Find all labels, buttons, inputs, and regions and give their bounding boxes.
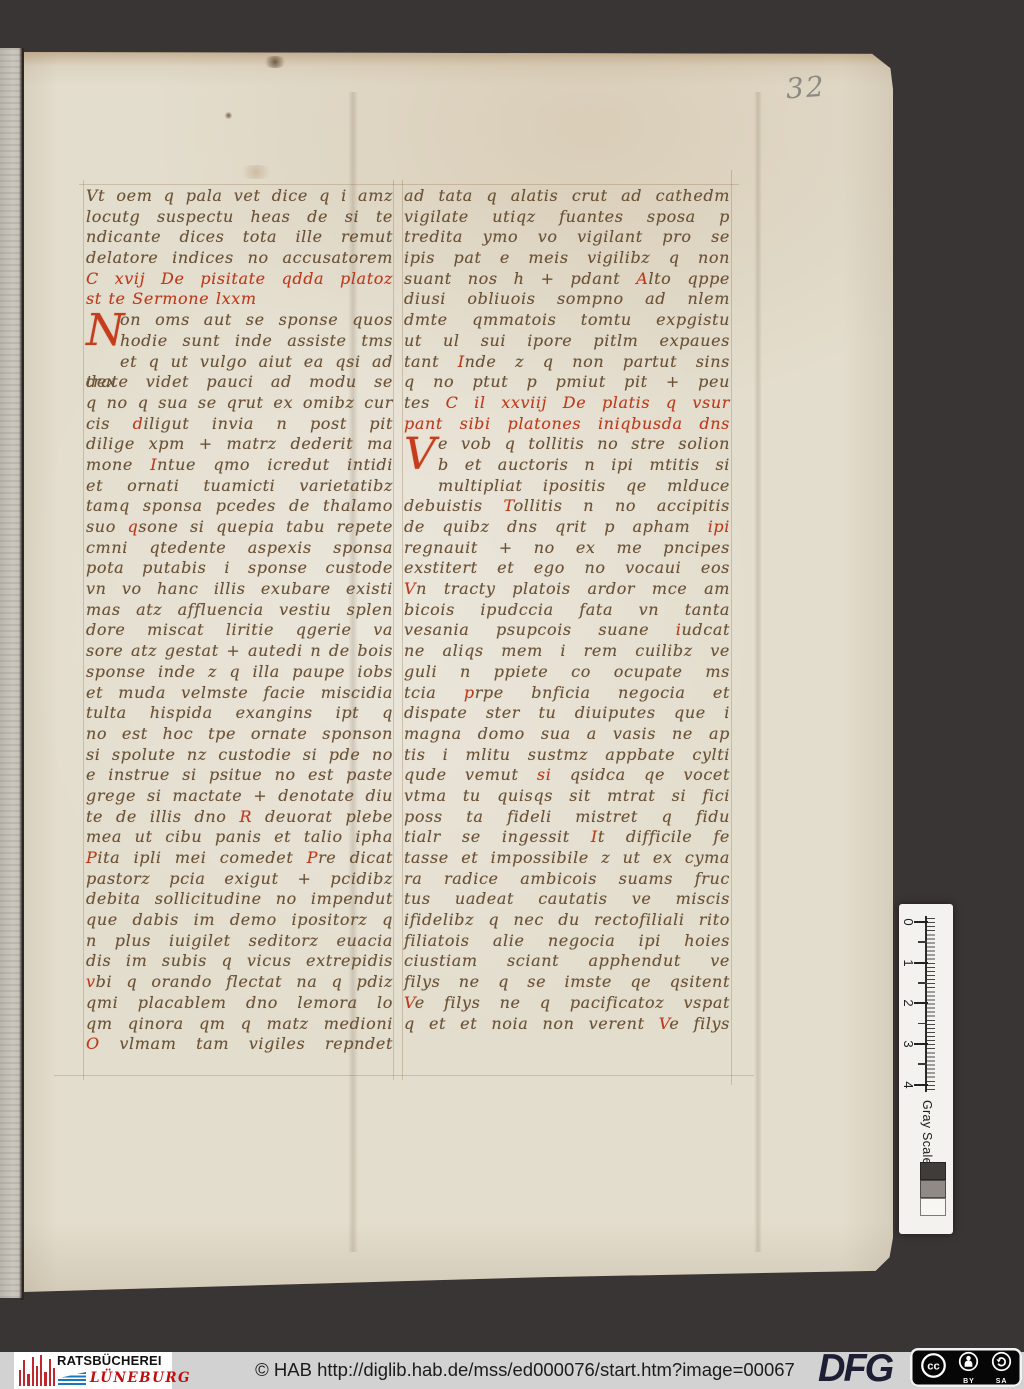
manuscript-line: Vt oem q pala vet dice q i amz <box>86 186 393 207</box>
manuscript-line: tamq sponsa pcedes de thalamo <box>86 496 393 517</box>
manuscript-line: de quibz dns qrit p apham ipi <box>404 517 730 538</box>
manuscript-line: magna domo sua a vasis ne ap <box>404 724 730 745</box>
copyright-link[interactable]: © HAB http://diglib.hab.de/mss/ed000076/… <box>237 1357 813 1383</box>
manuscript-line: mea ut cibu panis et talio ipha <box>86 827 393 848</box>
manuscript-line: ne aliqs mem i rem cuilibz ve <box>404 641 730 662</box>
grayscale-swatch <box>920 1198 946 1216</box>
manuscript-line: ipis pat e meis vigilibz q non <box>404 248 730 269</box>
manuscript-line: si spolute nz custodie si pde no <box>86 745 393 766</box>
manuscript-line: O vlmam tam vigiles repndet <box>86 1034 393 1055</box>
manuscript-line: Ve filys ne q pacificatoz vspat <box>404 993 730 1014</box>
manuscript-line: tredita ymo vo vigilant pro se <box>404 227 730 248</box>
manuscript-line: exstitert et ego no vocaui eos <box>404 558 730 579</box>
manuscript-right-column: ad tata q alatis crut ad cathedmvigilate… <box>404 186 730 1034</box>
manuscript-line: grege si mactate + denotate diu <box>86 786 393 807</box>
grayscale-card: 01234 Gray Scale <box>899 904 953 1234</box>
stain-spot <box>262 56 288 68</box>
rubricated-initial: N <box>86 312 116 352</box>
manuscript-line: cmni qtedente aspexis sponsa <box>86 538 393 559</box>
stain-spot <box>236 165 276 179</box>
grayscale-label: Gray Scale <box>921 1100 933 1165</box>
manuscript-line: q no q sua se qrut ex omibz cur <box>86 393 393 414</box>
svg-text:cc: cc <box>927 1360 940 1372</box>
manuscript-line: guli n ppiete co ocupate ms <box>404 662 730 683</box>
manuscript-line: dore miscat liritie qgerie va <box>86 620 393 641</box>
page-crease-right <box>754 92 762 1252</box>
manuscript-line: n plus iuigilet seditorz euacia <box>86 931 393 952</box>
manuscript-line: sponse inde z q illa paupe iobs <box>86 662 393 683</box>
library-name: RATSBÜCHEREI <box>57 1354 162 1368</box>
manuscript-line: dis im subis q vicus extrepidis <box>86 951 393 972</box>
manuscript-line: trate videt pauci ad modu se <box>86 372 393 393</box>
manuscript-line: diusi obliuois sompno ad nlem <box>404 289 730 310</box>
manuscript-line: Ve vob q tollitis no stre solion <box>404 434 730 455</box>
scan-background: 32 Vt oem q pala vet dice q i amzlocutg … <box>0 0 1024 1389</box>
manuscript-line: qmi placablem dno lemora lo <box>86 993 393 1014</box>
manuscript-line: suo qsone si quepia tabu repete <box>86 517 393 538</box>
ruler-number: 0 <box>901 915 915 929</box>
manuscript-line: hodie sunt inde assiste tms <box>86 331 393 352</box>
library-city: LÜNEBURG <box>90 1370 191 1386</box>
manuscript-line: dilige xpm + matrz dederit ma <box>86 434 393 455</box>
rubricated-initial: V <box>404 436 434 476</box>
ruler-number: 1 <box>901 956 915 970</box>
ruling-line-col2-left <box>402 180 403 1080</box>
manuscript-line: ndicante dices tota ille remut <box>86 227 393 248</box>
manuscript-line: et muda velmste facie miscidia <box>86 683 393 704</box>
manuscript-line: delatore indices no accusatorem <box>86 248 393 269</box>
manuscript-line: ut ul sui ipore pitlm expaues <box>404 331 730 352</box>
manuscript-line: debuistis Tollitis n no accipitis <box>404 496 730 517</box>
manuscript-line: ciustiam sciant apphendut ve <box>404 951 730 972</box>
cc-by-label: BY <box>963 1378 975 1385</box>
ruling-line-left <box>83 180 84 1080</box>
manuscript-line: locutg suspectu heas de si te <box>86 207 393 228</box>
grayscale-swatch <box>920 1180 946 1198</box>
manuscript-line: bicois ipudccia fata vn tanta <box>404 600 730 621</box>
manuscript-line: Pita ipli mei comedet Pre dicat <box>86 848 393 869</box>
manuscript-line: filys ne q se imste qe qsitent <box>404 972 730 993</box>
cc-license-badge[interactable]: cc BY <box>910 1348 1022 1387</box>
manuscript-line: cis diligut invia n post pit <box>86 414 393 435</box>
library-bars-icon <box>19 1355 55 1386</box>
ruler-number: 4 <box>901 1078 915 1092</box>
manuscript-line: vigilate utiqz fuantes sposa p <box>404 207 730 228</box>
manuscript-line: multipliat ipositis qe mlduce <box>404 476 730 497</box>
manuscript-line: pant sibi platones iniqbusda dns <box>404 414 730 435</box>
manuscript-line: no est hoc tpe ornate sponson <box>86 724 393 745</box>
manuscript-line: mas atz affluencia vestiu splen <box>86 600 393 621</box>
manuscript-line: regnauit + no ex me pncipes <box>404 538 730 559</box>
manuscript-line: vbi q orando flectat na q pdiz <box>86 972 393 993</box>
manuscript-line: filiatois alie negocia ipi hoies <box>404 931 730 952</box>
manuscript-page: 32 Vt oem q pala vet dice q i amzlocutg … <box>24 52 893 1292</box>
cc-by-person-icon <box>958 1351 979 1377</box>
ruling-line-col1-right <box>393 180 394 1080</box>
manuscript-line: suant nos h + pdant Alto qppe <box>404 269 730 290</box>
manuscript-line: tasse et impossibile z ut ex cyma <box>404 848 730 869</box>
manuscript-line: poss ta fideli mistret q fidu <box>404 807 730 828</box>
manuscript-left-column: Vt oem q pala vet dice q i amzlocutg sus… <box>86 186 393 1055</box>
manuscript-line: b et auctoris n ipi mtitis si <box>404 455 730 476</box>
manuscript-line: Non oms aut se sponse quos <box>86 310 393 331</box>
manuscript-line: C xvij De pisitate qdda platoz <box>86 269 393 290</box>
manuscript-line: q et et noia non verent Ve filys <box>404 1014 730 1035</box>
manuscript-line: tcia prpe bnficia negocia et <box>404 683 730 704</box>
cc-sa-icon <box>991 1351 1012 1377</box>
ruler-number: 2 <box>901 996 915 1010</box>
manuscript-line: mone Intue qmo icredut intidi <box>86 455 393 476</box>
manuscript-line: Vn tracty platois ardor mce am <box>404 579 730 600</box>
manuscript-line: q no ptut p pmiut pit + peu <box>404 372 730 393</box>
library-logo[interactable]: RATSBÜCHEREI LÜNEBURG <box>14 1352 172 1389</box>
manuscript-line: dmte qmmatois tomtu expgistu <box>404 310 730 331</box>
manuscript-line: tus uadeat cautatis ve miscis <box>404 889 730 910</box>
manuscript-line: qude vemut si qsidca qe vocet <box>404 765 730 786</box>
manuscript-line: sore atz gestat + autedi n de bois <box>86 641 393 662</box>
manuscript-line: pastorz pcia exigut + pcidibz <box>86 869 393 890</box>
ruling-line-right <box>731 170 732 1085</box>
manuscript-line: vtma tu quisqs sit mtrat si fici <box>404 786 730 807</box>
manuscript-line: ra radice ambicois suams fruc <box>404 869 730 890</box>
manuscript-line: ad tata q alatis crut ad cathedm <box>404 186 730 207</box>
ruler-minor-ticks <box>927 918 935 1090</box>
dfg-logo[interactable]: DFG <box>818 1349 892 1389</box>
manuscript-line: tant Inde z q non partut sins <box>404 352 730 373</box>
stain-spot <box>224 112 233 119</box>
manuscript-line: e instrue si psitue no est paste <box>86 765 393 786</box>
cc-sa-label: SA <box>996 1378 1008 1385</box>
manuscript-line: pota putabis i sponse custode <box>86 558 393 579</box>
manuscript-line: vesania psupcois suane iudcat <box>404 620 730 641</box>
manuscript-line: et q ut vulgo aiut ea qsi ad dex <box>86 352 393 373</box>
manuscript-line: debita sollicitudine no impendut <box>86 889 393 910</box>
manuscript-line: tes C il xxviij De platis q vsur <box>404 393 730 414</box>
manuscript-line: vn vo hanc illis exubare existi <box>86 579 393 600</box>
manuscript-line: tialr se ingessit It difficile fe <box>404 827 730 848</box>
manuscript-line: que dabis im demo ipositorz q <box>86 910 393 931</box>
manuscript-line: te de illis dno R deuorat plebe <box>86 807 393 828</box>
manuscript-line: ifidelibz q nec du rectofiliali rito <box>404 910 730 931</box>
book-fan-icon <box>58 1372 86 1386</box>
grayscale-swatch <box>920 1162 946 1180</box>
manuscript-line: st te Sermone lxxm <box>86 289 393 310</box>
folio-number: 32 <box>785 73 826 104</box>
manuscript-line: tis i mlitu sustmz appbate cylti <box>404 745 730 766</box>
manuscript-line: tulta hispida exangins ipt q <box>86 703 393 724</box>
ruling-line-top <box>79 184 739 185</box>
manuscript-line: dispate ster tu diuiputes que i <box>404 703 730 724</box>
ruler-number: 3 <box>901 1037 915 1051</box>
ruling-line-bottom <box>54 1075 754 1076</box>
manuscript-line: et ornati tuamicti varietatibz <box>86 476 393 497</box>
cc-icon: cc <box>920 1352 947 1384</box>
footer-bar: RATSBÜCHEREI LÜNEBURG © HAB http://digli… <box>0 1352 1024 1389</box>
manuscript-line: qm qinora qm q matz medioni <box>86 1014 393 1035</box>
